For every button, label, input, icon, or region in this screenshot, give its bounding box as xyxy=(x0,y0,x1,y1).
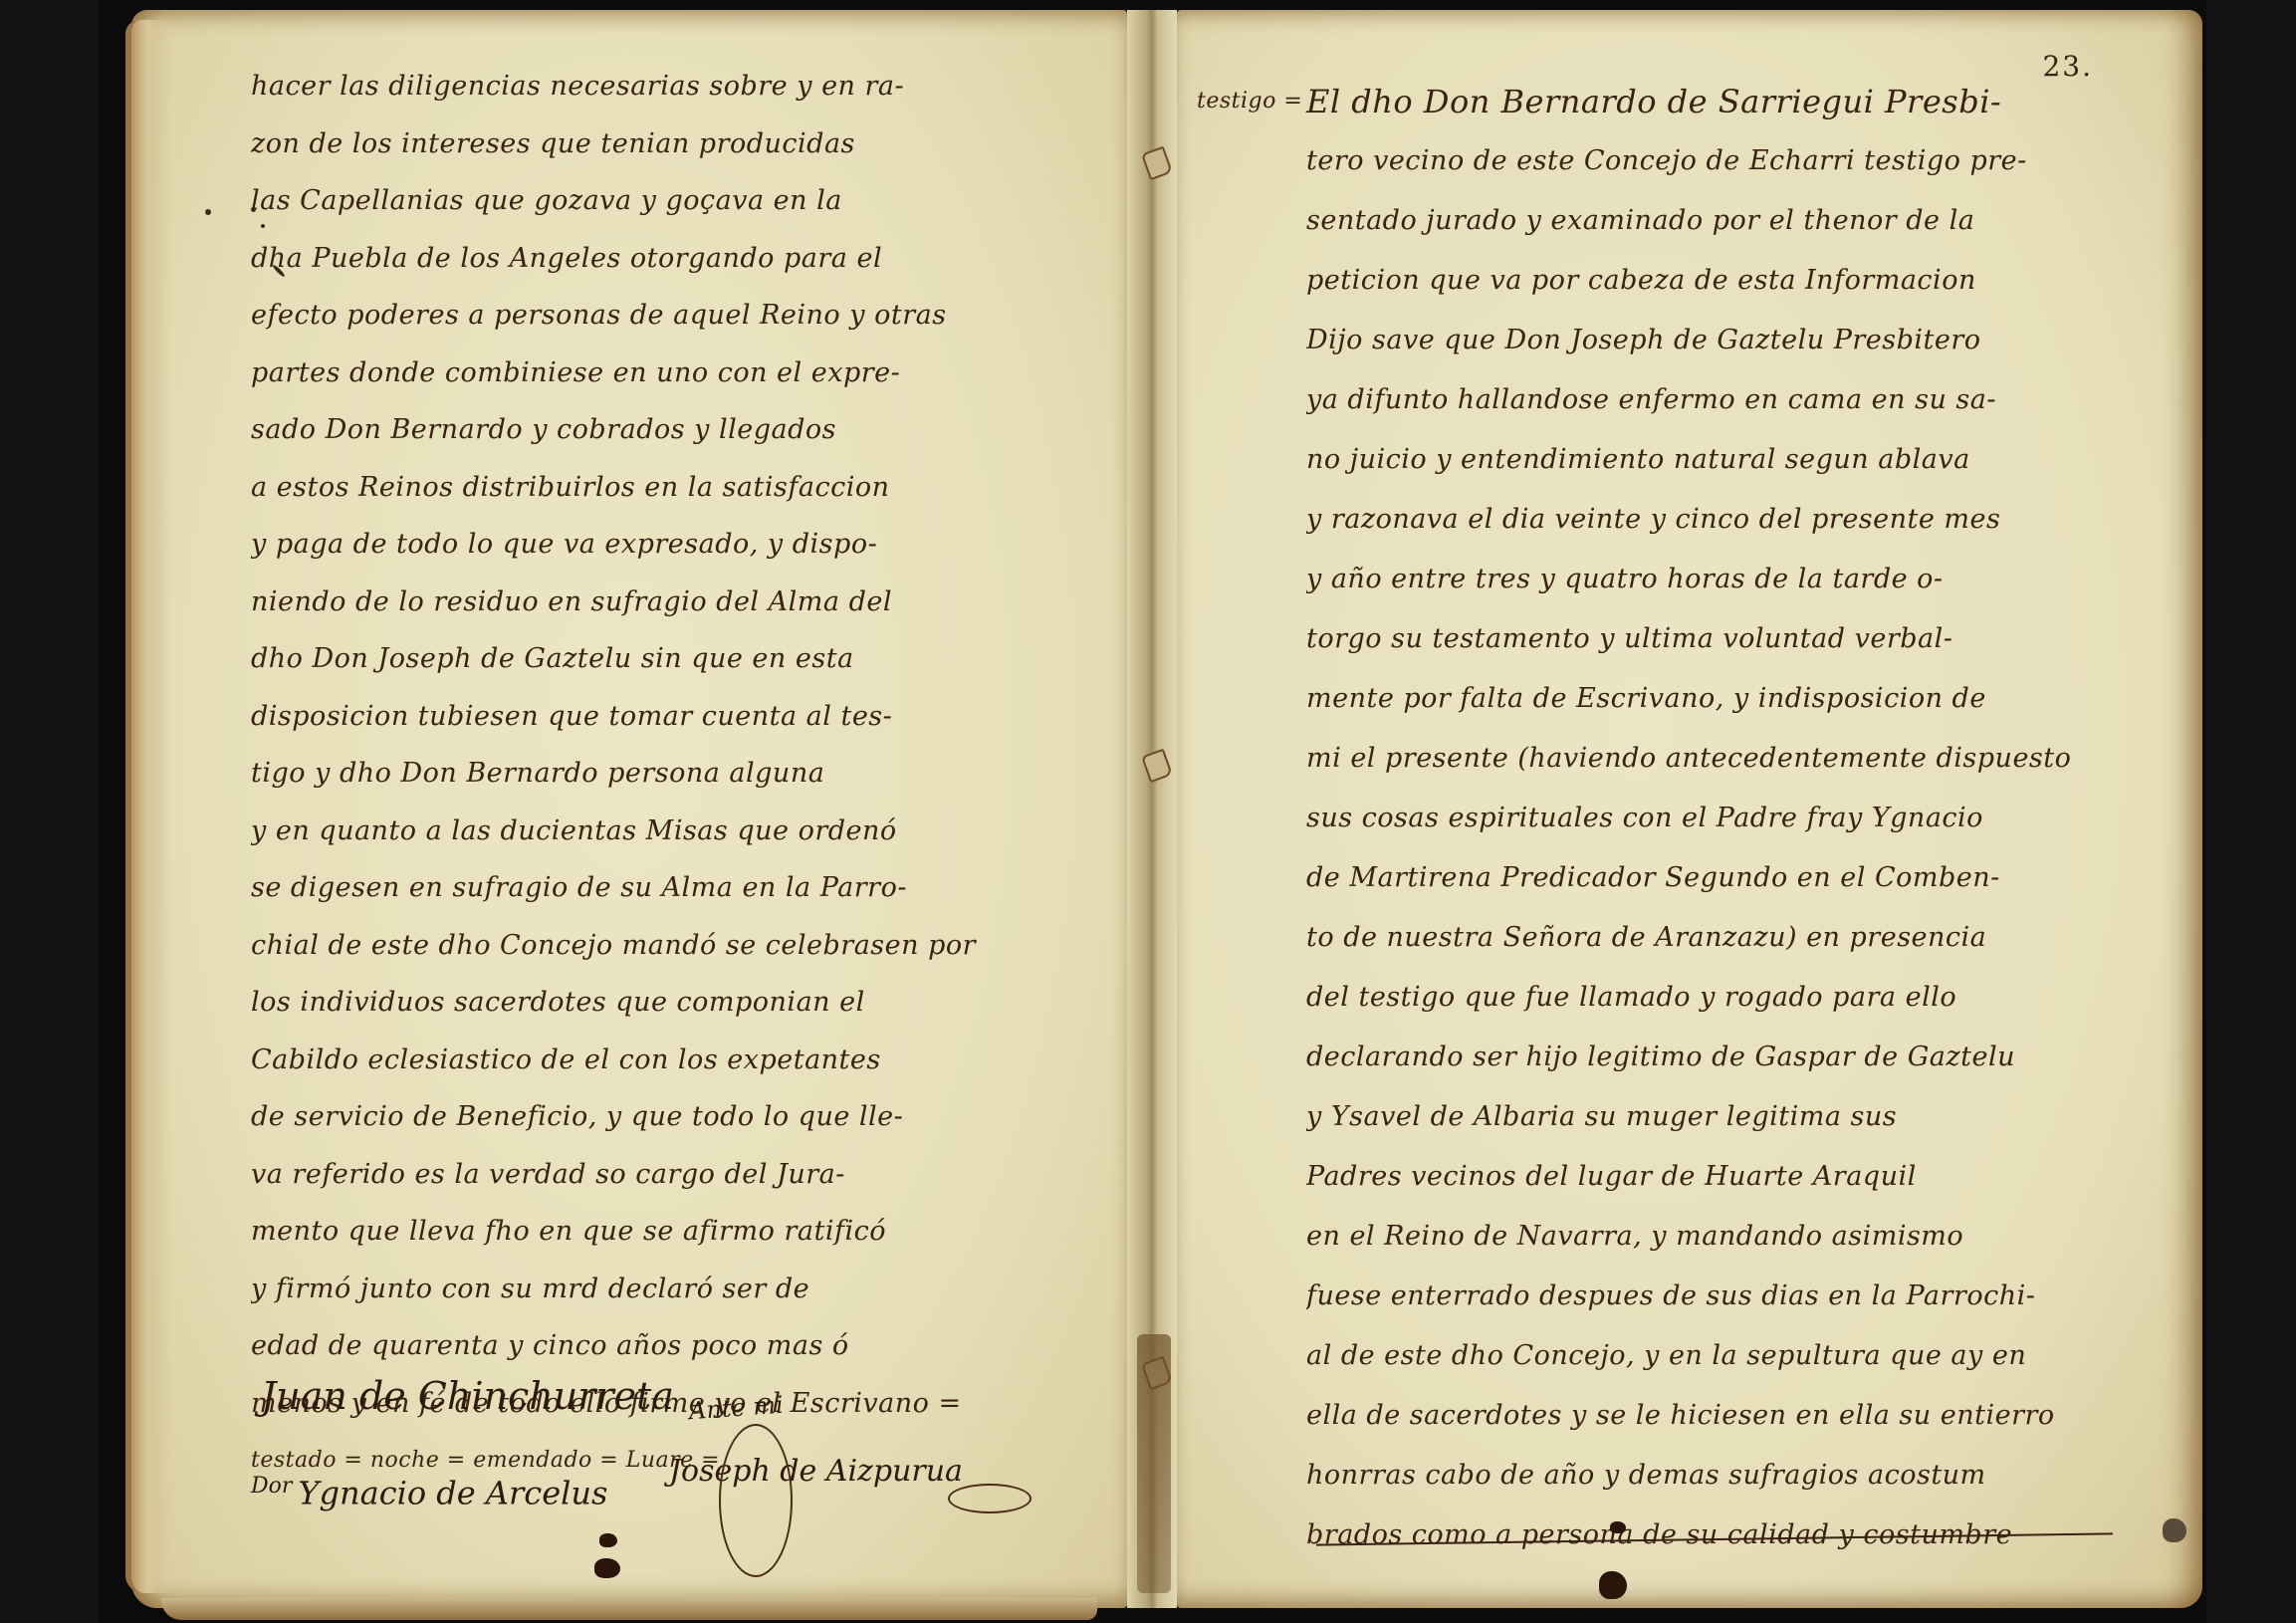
manuscript-line: sado Don Bernardo y cobrados y llegados xyxy=(251,401,1067,459)
left-page-text: hacer las diligencias necesarias sobre y… xyxy=(251,58,1067,1490)
manuscript-line: dha Puebla de los Angeles otorgando para… xyxy=(251,230,1067,288)
manuscript-line: y en quanto a las ducientas Misas que or… xyxy=(251,803,1067,860)
left-folio: hacer las diligencias necesarias sobre y… xyxy=(131,10,1127,1608)
manuscript-line: partes donde combiniese en uno con el ex… xyxy=(251,345,1067,402)
notary-rubric-flourish xyxy=(948,1484,1032,1513)
manuscript-line: en el Reino de Navarra, y mandando asimi… xyxy=(1306,1207,2163,1267)
manuscript-line: y paga de todo lo que va expresado, y di… xyxy=(251,516,1067,574)
manuscript-line: declarando ser hijo legitimo de Gaspar d… xyxy=(1306,1028,2163,1087)
ink-speck xyxy=(205,209,211,215)
right-folio: 23. testigo = El dho Don Bernardo de Sar… xyxy=(1177,10,2202,1608)
manuscript-line: los individuos sacerdotes que componian … xyxy=(251,974,1067,1032)
manuscript-line: del testigo que fue llamado y rogado par… xyxy=(1306,968,2163,1028)
scan-background-right xyxy=(2206,0,2296,1623)
manuscript-line: edad de quarenta y cinco años poco mas ó xyxy=(251,1317,1067,1375)
manuscript-line: torgo su testamento y ultima voluntad ve… xyxy=(1306,609,2163,669)
manuscript-line: testigo = El dho Don Bernardo de Sarrieg… xyxy=(1306,72,2163,131)
manuscript-line: de servicio de Beneficio, y que todo lo … xyxy=(251,1088,1067,1146)
manuscript-line: peticion que va por cabeza de esta Infor… xyxy=(1306,251,2163,311)
manuscript-line: fuese enterrado despues de sus dias en l… xyxy=(1306,1267,2163,1326)
manuscript-line: y firmó junto con su mrd declaró ser de xyxy=(251,1261,1067,1318)
manuscript-line: mente por falta de Escrivano, y indispos… xyxy=(1306,669,2163,729)
manuscript-line: y año entre tres y quatro horas de la ta… xyxy=(1306,550,2163,609)
ink-blot xyxy=(1599,1571,1627,1599)
manuscript-line: ella de sacerdotes y se le hiciesen en e… xyxy=(1306,1386,2163,1446)
margin-label-testigo: testigo = xyxy=(1197,72,1302,131)
manuscript-line: chial de este dho Concejo mandó se celeb… xyxy=(251,917,1067,975)
manuscript-line: ya difunto hallandose enfermo en cama en… xyxy=(1306,370,2163,430)
manuscript-line: tero vecino de este Concejo de Echarri t… xyxy=(1306,131,2163,191)
manuscript-line: se digesen en sufragio de su Alma en la … xyxy=(251,859,1067,917)
ink-blot xyxy=(594,1558,620,1578)
manuscript-line: hacer las diligencias necesarias sobre y… xyxy=(251,58,1067,116)
manuscript-line: sus cosas espirituales con el Padre fray… xyxy=(1306,789,2163,848)
signature-ignacio-de-arcelus: DorYgnacio de Arcelus xyxy=(251,1474,607,1512)
open-manuscript-volume: hacer las diligencias necesarias sobre y… xyxy=(131,10,2202,1608)
manuscript-line: a estos Reinos distribuirlos en la satis… xyxy=(251,459,1067,517)
page-edge-stack xyxy=(125,20,171,1593)
manuscript-line: las Capellanias que gozava y goçava en l… xyxy=(251,172,1067,230)
ink-blot xyxy=(599,1533,617,1547)
manuscript-line: niendo de lo residuo en sufragio del Alm… xyxy=(251,574,1067,631)
manuscript-line: y razonava el dia veinte y cinco del pre… xyxy=(1306,490,2163,550)
manuscript-line: va referido es la verdad so cargo del Ju… xyxy=(251,1146,1067,1204)
manuscript-line: Cabildo eclesiastico de el con los expet… xyxy=(251,1032,1067,1089)
manuscript-line: Padres vecinos del lugar de Huarte Araqu… xyxy=(1306,1147,2163,1207)
manuscript-line: tigo y dho Don Bernardo persona alguna xyxy=(251,745,1067,803)
manuscript-line: mento que lleva fho en que se afirmo rat… xyxy=(251,1203,1067,1261)
notary-rubric-flourish xyxy=(719,1424,793,1577)
scan-background-left xyxy=(0,0,98,1623)
damage-spot xyxy=(2163,1518,2186,1542)
ink-blot xyxy=(1610,1521,1626,1533)
manuscript-line: honrras cabo de año y demas sufragios ac… xyxy=(1306,1446,2163,1506)
manuscript-line: zon de los intereses que tenian producid… xyxy=(251,116,1067,173)
signature-title: Dor xyxy=(251,1474,292,1499)
manuscript-line-text: El dho Don Bernardo de Sarriegui Presbi- xyxy=(1306,83,2001,120)
right-page-text: testigo = El dho Don Bernardo de Sarrieg… xyxy=(1306,72,2163,1565)
signature-joseph-de-aizpurua: Joseph de Aizpurua xyxy=(669,1454,963,1489)
manuscript-line: y Ysavel de Albaria su muger legitima su… xyxy=(1306,1087,2163,1147)
manuscript-line: de Martirena Predicador Segundo en el Co… xyxy=(1306,848,2163,908)
signature-name: Ygnacio de Arcelus xyxy=(298,1475,607,1512)
manuscript-line: no juicio y entendimiento natural segun … xyxy=(1306,430,2163,490)
manuscript-line: Dijo save que Don Joseph de Gaztelu Pres… xyxy=(1306,311,2163,370)
manuscript-line: efecto poderes a personas de aquel Reino… xyxy=(251,287,1067,345)
manuscript-line: sentado jurado y examinado por el thenor… xyxy=(1306,191,2163,251)
manuscript-line: al de este dho Concejo, y en la sepultur… xyxy=(1306,1326,2163,1386)
manuscript-line: mi el presente (haviendo antecedentement… xyxy=(1306,729,2163,789)
water-stain xyxy=(1137,1334,1171,1593)
manuscript-line: disposicion tubiesen que tomar cuenta al… xyxy=(251,688,1067,746)
signature-juan-de-chinchurreta: Juan de Chinchurreta xyxy=(261,1374,674,1418)
manuscript-line: to de nuestra Señora de Aranzazu) en pre… xyxy=(1306,908,2163,968)
manuscript-line: dho Don Joseph de Gaztelu sin que en est… xyxy=(251,630,1067,688)
